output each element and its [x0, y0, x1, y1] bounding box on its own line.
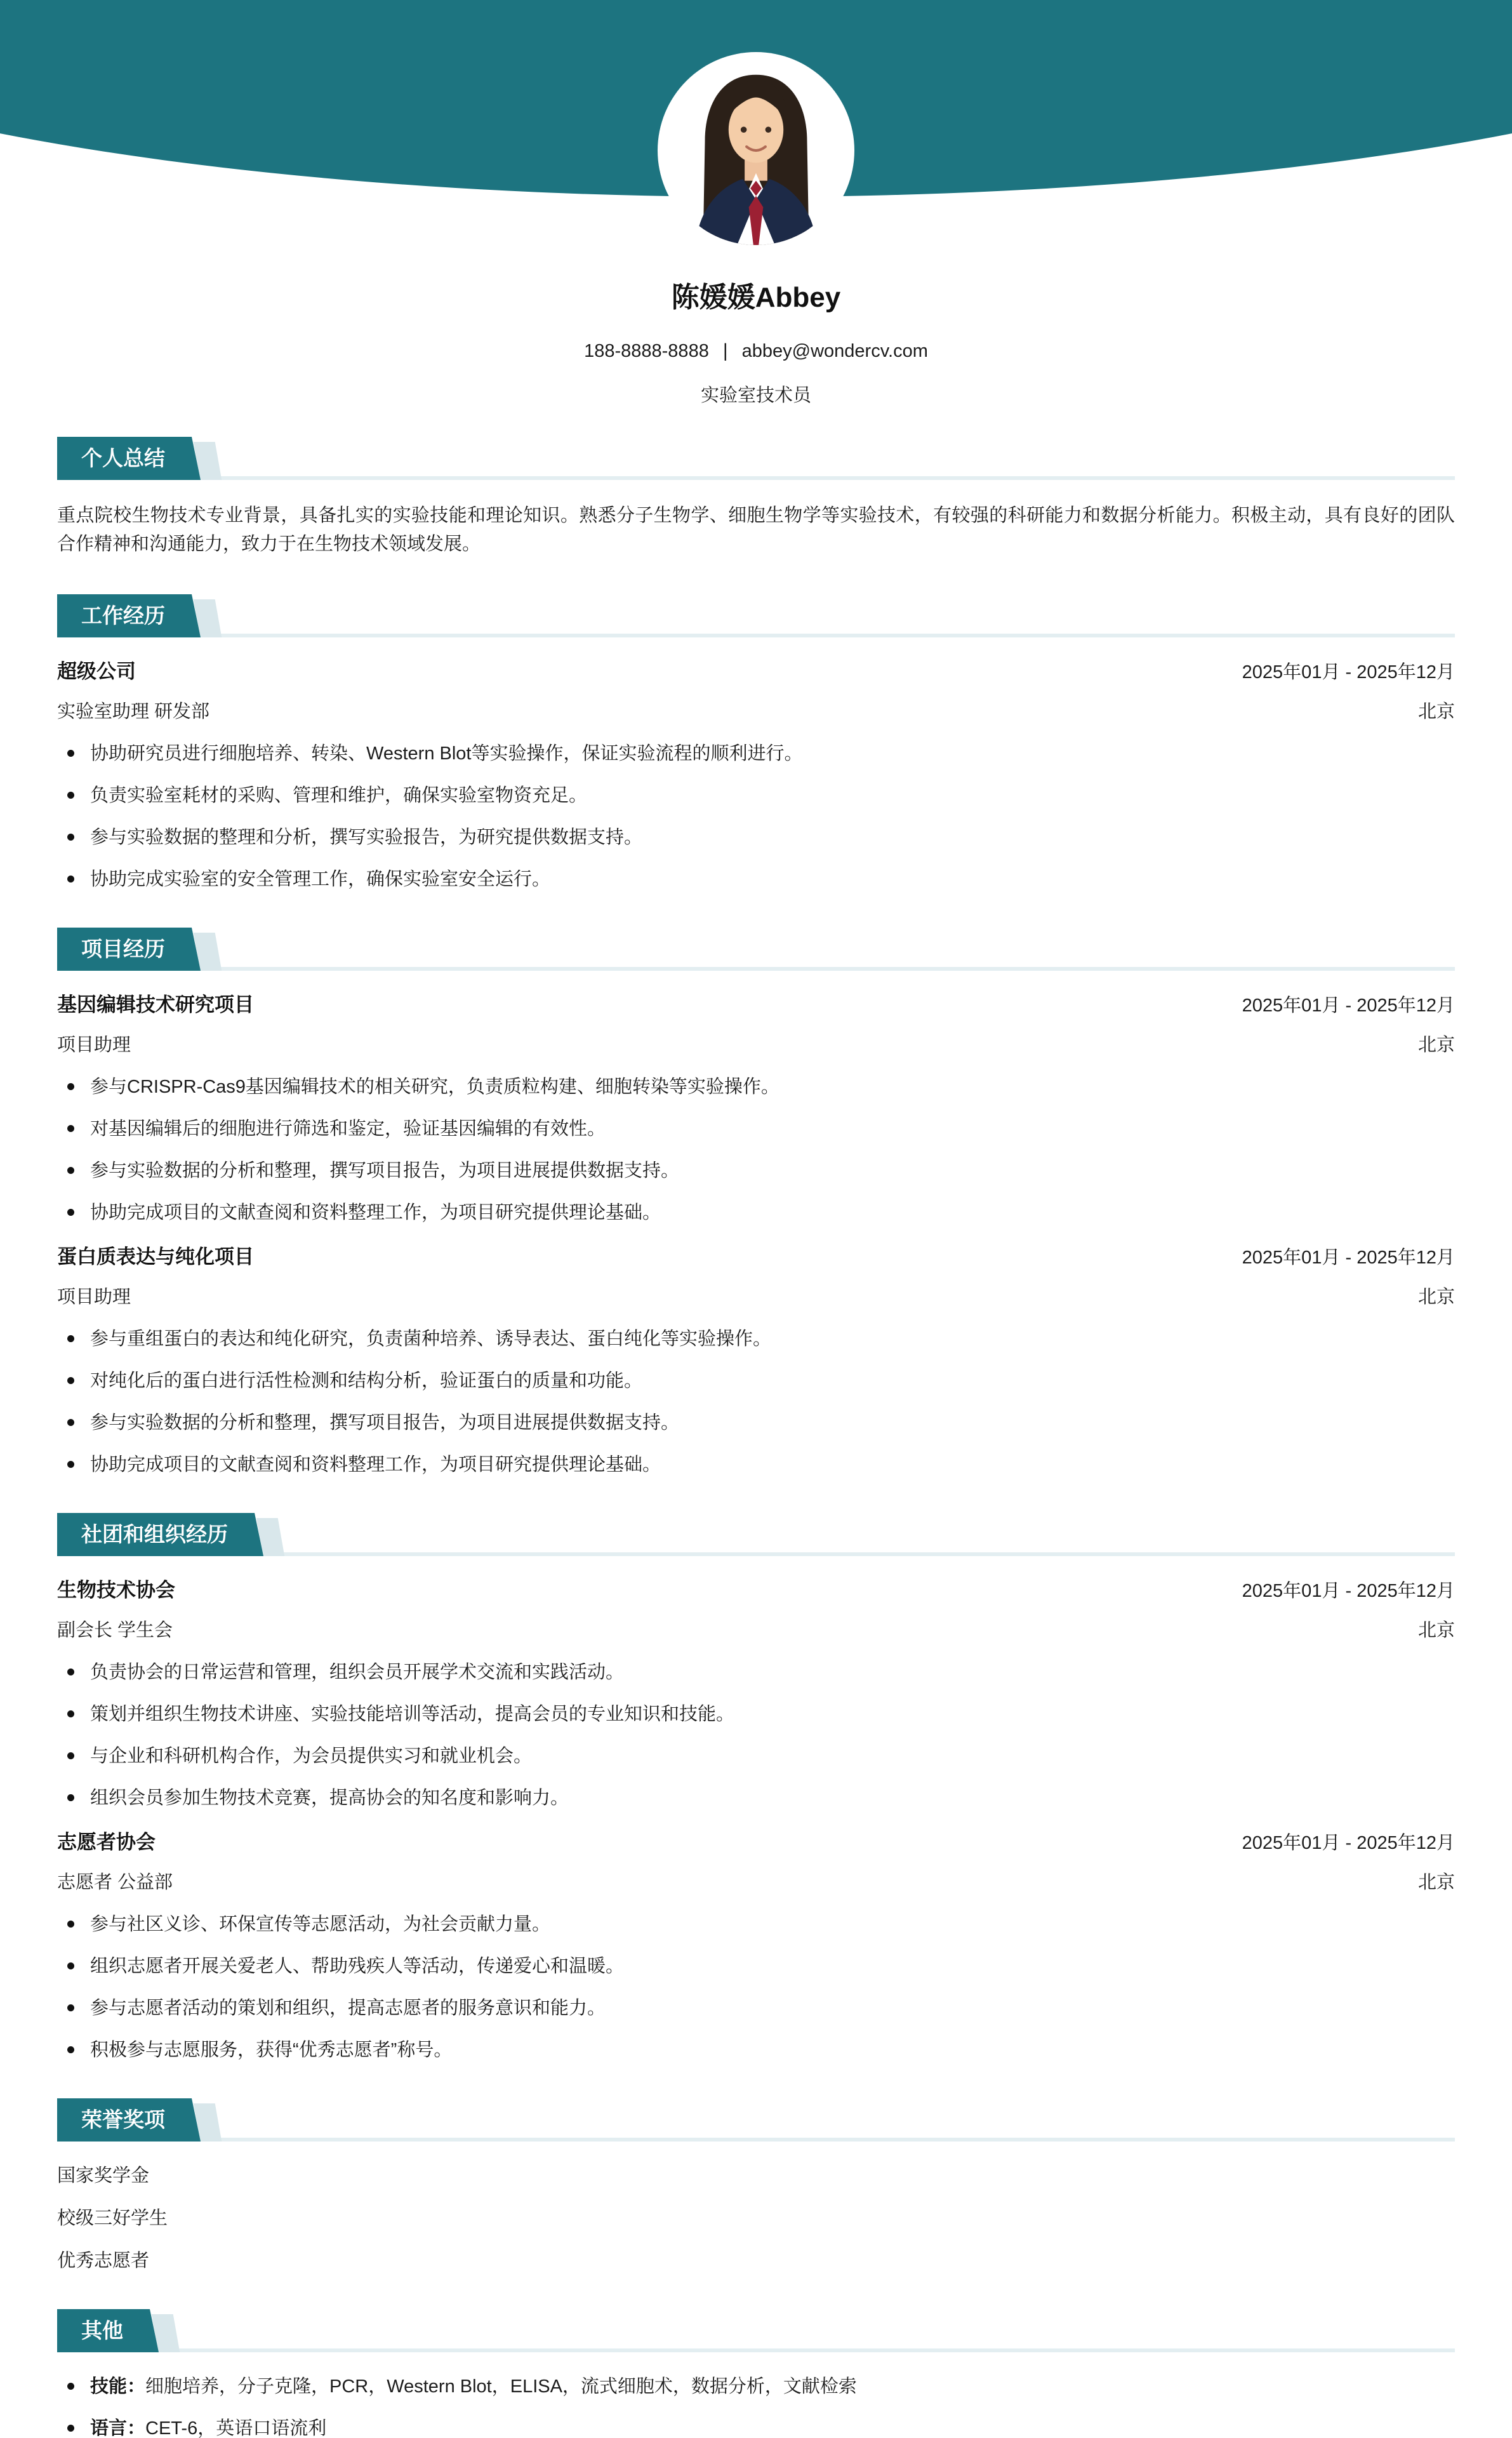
entry-title-row: 蛋白质表达与纯化项目 2025年01月 - 2025年12月 — [57, 1244, 1455, 1270]
bullet-item: 参与重组蛋白的表达和纯化研究，负责菌种培养、诱导表达、蛋白纯化等实验操作。 — [57, 1326, 1455, 1352]
bullet-item: 积极参与志愿服务，获得“优秀志愿者”称号。 — [57, 2037, 1455, 2063]
bullet-item: 参与CRISPR-Cas9基因编辑技术的相关研究，负责质粒构建、细胞转染等实验操… — [57, 1074, 1455, 1100]
bullet-item: 参与社区义诊、环保宣传等志愿活动，为社会贡献力量。 — [57, 1912, 1455, 1937]
section-summary: 个人总结 重点院校生物技术专业背景，具备扎实的实验技能和理论知识。熟悉分子生物学… — [57, 437, 1455, 559]
bullet-item: 协助完成实验室的安全管理工作，确保实验室安全运行。 — [57, 867, 1455, 892]
organization-name: 生物技术协会 — [57, 1578, 175, 1603]
section-heading-badge: 项目经历 — [57, 928, 201, 971]
location: 北京 — [1418, 1284, 1455, 1310]
project-name: 蛋白质表达与纯化项目 — [57, 1244, 254, 1270]
honor-item: 国家奖学金 — [57, 2163, 1455, 2188]
contact-separator: | — [723, 340, 728, 361]
bullet-item: 对纯化后的蛋白进行活性检测和结构分析，验证蛋白的质量和功能。 — [57, 1368, 1455, 1394]
bullet-item: 对基因编辑后的细胞进行筛选和鉴定，验证基因编辑的有效性。 — [57, 1116, 1455, 1142]
section-head-work: 工作经历 — [57, 594, 1455, 637]
language-item: 语言：CET-6，英语口语流利 — [57, 2416, 1455, 2438]
avatar-illustration — [661, 56, 851, 245]
bullet-item: 组织会员参加生物技术竞赛，提高协会的知名度和影响力。 — [57, 1785, 1455, 1811]
section-heading-badge: 个人总结 — [57, 437, 201, 480]
company-name: 超级公司 — [57, 659, 136, 684]
section-head-projects: 项目经历 — [57, 928, 1455, 971]
bullet-item: 策划并组织生物技术讲座、实验技能培训等活动，提高会员的专业知识和技能。 — [57, 1702, 1455, 1727]
language-label: 语言： — [90, 2418, 145, 2438]
section-badge-wrap: 荣誉奖项 — [57, 2098, 201, 2142]
honor-item: 校级三好学生 — [57, 2206, 1455, 2231]
resume-content: 个人总结 重点院校生物技术专业背景，具备扎实的实验技能和理论知识。熟悉分子生物学… — [0, 437, 1512, 2438]
person-name: 陈媛媛Abbey — [0, 274, 1512, 315]
organization-entry: 生物技术协会 2025年01月 - 2025年12月 副会长 学生会 北京 负责… — [57, 1578, 1455, 1811]
bullet-item: 负责实验室耗材的采购、管理和维护，确保实验室物资充足。 — [57, 783, 1455, 808]
bullet-item: 参与志愿者活动的策划和组织，提高志愿者的服务意识和能力。 — [57, 1995, 1455, 2021]
email-address: abbey@wondercv.com — [742, 341, 928, 361]
role-title: 副会长 学生会 — [57, 1618, 173, 1643]
section-other: 其他 技能：细胞培养，分子克隆，PCR，Western Blot，ELISA，流… — [57, 2309, 1455, 2438]
section-head-organizations: 社团和组织经历 — [57, 1513, 1455, 1556]
honor-item: 优秀志愿者 — [57, 2248, 1455, 2274]
header: 陈媛媛Abbey 188-8888-8888|abbey@wondercv.co… — [0, 0, 1512, 419]
bullet-list: 参与CRISPR-Cas9基因编辑技术的相关研究，负责质粒构建、细胞转染等实验操… — [57, 1074, 1455, 1225]
entry-sub-row: 项目助理 北京 — [57, 1032, 1455, 1058]
section-heading-badge: 工作经历 — [57, 594, 201, 637]
bullet-item: 参与实验数据的分析和整理，撰写项目报告，为项目进展提供数据支持。 — [57, 1410, 1455, 1435]
entry-sub-row: 副会长 学生会 北京 — [57, 1618, 1455, 1643]
skills-item: 技能：细胞培养，分子克隆，PCR，Western Blot，ELISA，流式细胞… — [57, 2374, 1455, 2399]
skills-text: 细胞培养，分子克隆，PCR，Western Blot，ELISA，流式细胞术，数… — [145, 2376, 857, 2397]
section-work: 工作经历 超级公司 2025年01月 - 2025年12月 实验室助理 研发部 … — [57, 594, 1455, 892]
section-badge-wrap: 其他 — [57, 2309, 159, 2352]
entry-sub-row: 实验室助理 研发部 北京 — [57, 699, 1455, 724]
section-head-other: 其他 — [57, 2309, 1455, 2352]
date-range: 2025年01月 - 2025年12月 — [1242, 993, 1455, 1018]
skills-label: 技能： — [90, 2376, 145, 2397]
bullet-item: 协助完成项目的文献查阅和资料整理工作，为项目研究提供理论基础。 — [57, 1452, 1455, 1477]
location: 北京 — [1418, 699, 1455, 724]
section-head-honors: 荣誉奖项 — [57, 2098, 1455, 2142]
role-title: 志愿者 公益部 — [57, 1870, 173, 1895]
section-head-summary: 个人总结 — [57, 437, 1455, 480]
summary-text: 重点院校生物技术专业背景，具备扎实的实验技能和理论知识。熟悉分子生物学、细胞生物… — [57, 502, 1455, 559]
entry-title-row: 志愿者协会 2025年01月 - 2025年12月 — [57, 1830, 1455, 1856]
entry-title-row: 生物技术协会 2025年01月 - 2025年12月 — [57, 1578, 1455, 1604]
bullet-item: 参与实验数据的分析和整理，撰写项目报告，为项目进展提供数据支持。 — [57, 1158, 1455, 1183]
bullet-list: 参与社区义诊、环保宣传等志愿活动，为社会贡献力量。 组织志愿者开展关爱老人、帮助… — [57, 1912, 1455, 2063]
role-title: 项目助理 — [57, 1032, 131, 1058]
role-title: 项目助理 — [57, 1284, 131, 1310]
entry-sub-row: 志愿者 公益部 北京 — [57, 1870, 1455, 1895]
bullet-item: 协助研究员进行细胞培养、转染、Western Blot等实验操作，保证实验流程的… — [57, 741, 1455, 766]
section-badge-wrap: 工作经历 — [57, 594, 201, 637]
section-badge-wrap: 社团和组织经历 — [57, 1513, 263, 1556]
section-heading-badge: 其他 — [57, 2309, 159, 2352]
project-name: 基因编辑技术研究项目 — [57, 992, 254, 1018]
location: 北京 — [1418, 1618, 1455, 1643]
section-organizations: 社团和组织经历 生物技术协会 2025年01月 - 2025年12月 副会长 学… — [57, 1513, 1455, 2063]
organization-entry: 志愿者协会 2025年01月 - 2025年12月 志愿者 公益部 北京 参与社… — [57, 1830, 1455, 2063]
job-title: 实验室技术员 — [0, 381, 1512, 407]
date-range: 2025年01月 - 2025年12月 — [1242, 1578, 1455, 1604]
date-range: 2025年01月 - 2025年12月 — [1242, 1245, 1455, 1270]
section-heading-badge: 社团和组织经历 — [57, 1513, 263, 1556]
language-text: CET-6，英语口语流利 — [145, 2418, 326, 2438]
bullet-list: 协助研究员进行细胞培养、转染、Western Blot等实验操作，保证实验流程的… — [57, 741, 1455, 892]
bullet-item: 组织志愿者开展关爱老人、帮助残疾人等活动，传递爱心和温暖。 — [57, 1954, 1455, 1979]
entry-title-row: 基因编辑技术研究项目 2025年01月 - 2025年12月 — [57, 992, 1455, 1018]
section-badge-wrap: 项目经历 — [57, 928, 201, 971]
location: 北京 — [1418, 1870, 1455, 1895]
role-title: 实验室助理 研发部 — [57, 699, 209, 724]
bullet-item: 负责协会的日常运营和管理，组织会员开展学术交流和实践活动。 — [57, 1660, 1455, 1685]
work-entry: 超级公司 2025年01月 - 2025年12月 实验室助理 研发部 北京 协助… — [57, 659, 1455, 892]
entry-title-row: 超级公司 2025年01月 - 2025年12月 — [57, 659, 1455, 685]
project-entry: 蛋白质表达与纯化项目 2025年01月 - 2025年12月 项目助理 北京 参… — [57, 1244, 1455, 1477]
resume-page: 陈媛媛Abbey 188-8888-8888|abbey@wondercv.co… — [0, 0, 1512, 2438]
section-heading-badge: 荣誉奖项 — [57, 2098, 201, 2142]
location: 北京 — [1418, 1032, 1455, 1058]
other-list: 技能：细胞培养，分子克隆，PCR，Western Blot，ELISA，流式细胞… — [57, 2374, 1455, 2438]
bullet-item: 与企业和科研机构合作，为会员提供实习和就业机会。 — [57, 1743, 1455, 1769]
entry-sub-row: 项目助理 北京 — [57, 1284, 1455, 1310]
section-badge-wrap: 个人总结 — [57, 437, 201, 480]
bullet-item: 参与实验数据的整理和分析，撰写实验报告，为研究提供数据支持。 — [57, 825, 1455, 850]
date-range: 2025年01月 - 2025年12月 — [1242, 660, 1455, 685]
section-projects: 项目经历 基因编辑技术研究项目 2025年01月 - 2025年12月 项目助理… — [57, 928, 1455, 1477]
bullet-list: 参与重组蛋白的表达和纯化研究，负责菌种培养、诱导表达、蛋白纯化等实验操作。 对纯… — [57, 1326, 1455, 1477]
contact-line: 188-8888-8888|abbey@wondercv.com — [0, 340, 1512, 362]
organization-name: 志愿者协会 — [57, 1830, 156, 1855]
date-range: 2025年01月 - 2025年12月 — [1242, 1830, 1455, 1856]
section-honors: 荣誉奖项 国家奖学金 校级三好学生 优秀志愿者 — [57, 2098, 1455, 2274]
bullet-item: 协助完成项目的文献查阅和资料整理工作，为项目研究提供理论基础。 — [57, 1200, 1455, 1225]
phone-number: 188-8888-8888 — [584, 341, 709, 361]
bullet-list: 负责协会的日常运营和管理，组织会员开展学术交流和实践活动。 策划并组织生物技术讲… — [57, 1660, 1455, 1811]
project-entry: 基因编辑技术研究项目 2025年01月 - 2025年12月 项目助理 北京 参… — [57, 992, 1455, 1225]
avatar — [661, 56, 851, 245]
